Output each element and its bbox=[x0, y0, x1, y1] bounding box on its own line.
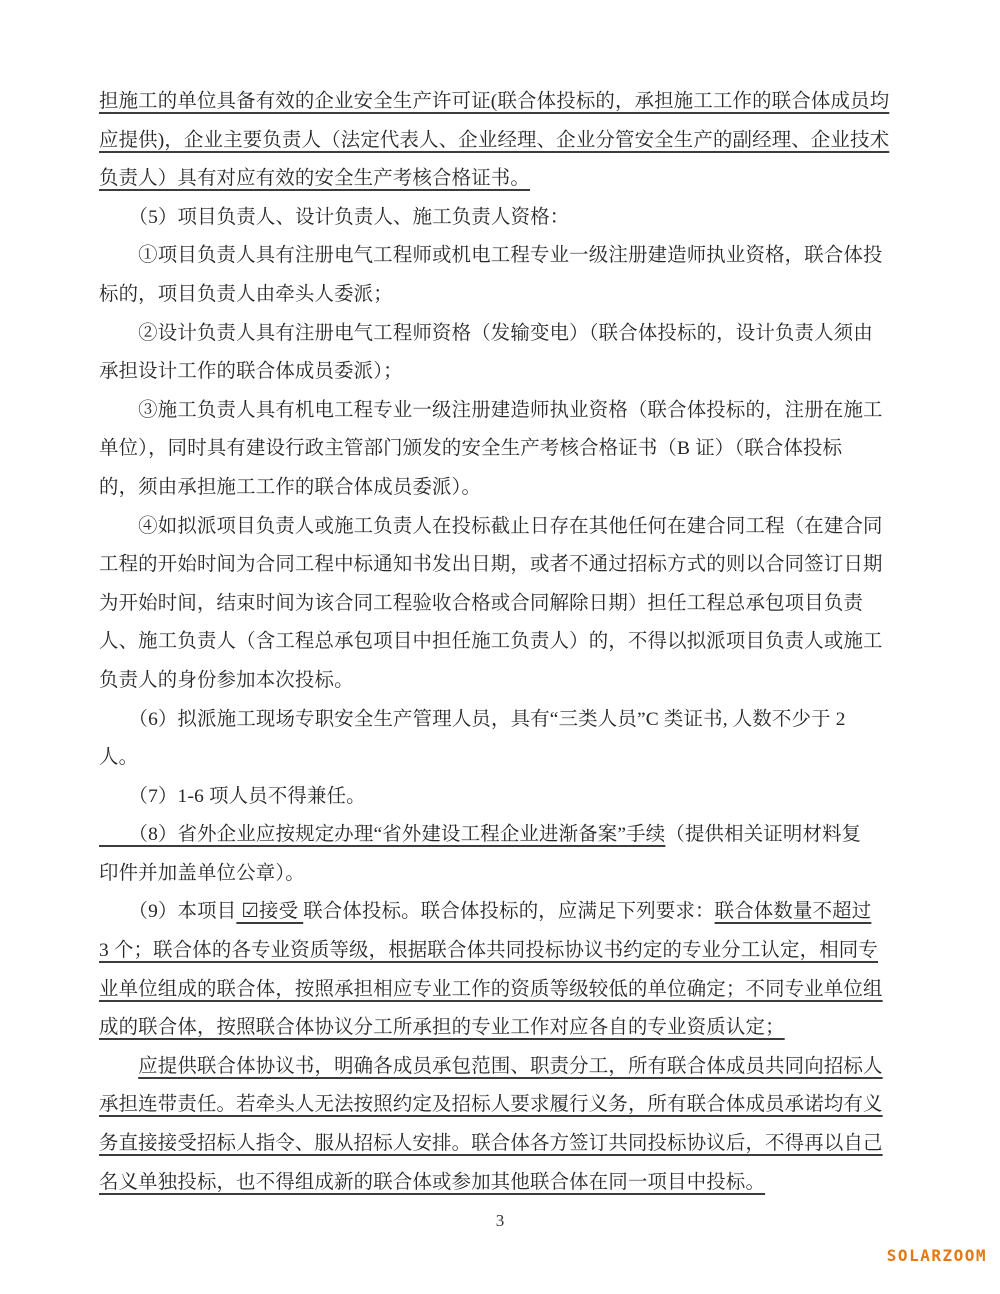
text-line: 承担设计工作的联合体成员委派）； bbox=[99, 353, 913, 392]
solarzoom-watermark: SOLARZOOM bbox=[887, 1246, 987, 1265]
text-line: 负责人的身份参加本次投标。 bbox=[99, 662, 913, 701]
text-line: 工程的开始时间为合同工程中标通知书发出日期，或者不通过招标方式的则以合同签订日期 bbox=[99, 546, 913, 585]
accept-checkbox-checked: ☑接受 bbox=[236, 901, 303, 922]
text-line: 单位），同时具有建设行政主管部门颁发的安全生产考核合格证书（B 证）（联合体投标 bbox=[99, 430, 913, 469]
text-line: ④如拟派项目负责人或施工负责人在投标截止日存在其他任何在建合同工程（在建合同 bbox=[99, 508, 913, 547]
text-segment: 成的联合体，按照联合体协议分工所承担的专业工作对应各自的专业资质认定； bbox=[99, 1017, 785, 1038]
text-line: 担施工的单位具备有效的企业安全生产许可证(联合体投标的，承担施工工作的联合体成员… bbox=[99, 83, 913, 122]
text-segment: 承担连带责任。若牵头人无法按照约定及招标人要求履行义务，所有联合体成员承诺均有义 bbox=[99, 1094, 883, 1115]
text-line: 名义单独投标，也不得组成新的联合体或参加其他联合体在同一项目中投标。 bbox=[99, 1164, 913, 1203]
text-segment: 人。 bbox=[99, 747, 138, 768]
text-line: （6）拟派施工现场专职安全生产管理人员，具有“三类人员”C 类证书, 人数不少于… bbox=[99, 701, 913, 740]
text-line: ①项目负责人具有注册电气工程师或机电工程专业一级注册建造师执业资格，联合体投 bbox=[99, 237, 913, 276]
text-segment: ①项目负责人具有注册电气工程师或机电工程专业一级注册建造师执业资格，联合体投 bbox=[99, 245, 883, 266]
text-line: 为开始时间，结束时间为该合同工程验收合格或合同解除日期）担任工程总承包项目负责 bbox=[99, 585, 913, 624]
text-segment: 务直接接受招标人指令、服从招标人安排。联合体各方签订共同投标协议后，不得再以自己 bbox=[99, 1133, 883, 1154]
text-line: ③施工负责人具有机电工程专业一级注册建造师执业资格（联合体投标的，注册在施工 bbox=[99, 392, 913, 431]
text-line: 人、施工负责人（含工程总承包项目中担任施工负责人）的，不得以拟派项目负责人或施工 bbox=[99, 623, 913, 662]
text-segment: ②设计负责人具有注册电气工程师资格（发输变电）（联合体投标的，设计负责人须由 bbox=[99, 323, 873, 344]
page-number: 3 bbox=[0, 1211, 1000, 1231]
text-line: 负责人）具有对应有效的安全生产考核合格证书。 bbox=[99, 160, 913, 199]
text-line: ②设计负责人具有注册电气工程师资格（发输变电）（联合体投标的，设计负责人须由 bbox=[99, 315, 913, 354]
text-line: 的，须由承担施工工作的联合体成员委派）。 bbox=[99, 469, 913, 508]
text-segment: 担施工的单位具备有效的企业安全生产许可证(联合体投标的，承担施工工作的联合体成员… bbox=[99, 91, 889, 112]
text-segment: 标的，项目负责人由牵头人委派； bbox=[99, 284, 393, 305]
text-line: 3 个；联合体的各专业资质等级，根据联合体共同投标协议书约定的专业分工认定，相同… bbox=[99, 932, 913, 971]
text-line: （5）项目负责人、设计负责人、施工负责人资格： bbox=[99, 199, 913, 238]
text-line: 务直接接受招标人指令、服从招标人安排。联合体各方签订共同投标协议后，不得再以自己 bbox=[99, 1125, 913, 1164]
text-segment: 人、施工负责人（含工程总承包项目中担任施工负责人）的，不得以拟派项目负责人或施工 bbox=[99, 631, 883, 652]
text-line: （8）省外企业应按规定办理“省外建设工程企业进渐备案”手续（提供相关证明材料复 bbox=[99, 816, 913, 855]
document-page: 担施工的单位具备有效的企业安全生产许可证(联合体投标的，承担施工工作的联合体成员… bbox=[0, 0, 1000, 1294]
text-segment: ③施工负责人具有机电工程专业一级注册建造师执业资格（联合体投标的，注册在施工 bbox=[99, 400, 883, 421]
text-segment: 承担设计工作的联合体成员委派）； bbox=[99, 361, 403, 382]
text-segment: 联合体投标。联合体投标的，应满足下列要求： bbox=[303, 901, 714, 922]
text-segment: （9）本项目 bbox=[99, 901, 236, 922]
text-segment: ④如拟派项目负责人或施工负责人在投标截止日存在其他任何在建合同工程（在建合同 bbox=[99, 516, 883, 537]
text-segment: 联合体数量不超过 bbox=[715, 901, 872, 922]
text-segment: 业单位组成的联合体，按照承担相应专业工作的资质等级较低的单位确定；不同专业单位组 bbox=[99, 979, 883, 1000]
text-segment: 负责人的身份参加本次投标。 bbox=[99, 670, 354, 691]
text-segment: （提供相关证明材料复 bbox=[665, 824, 861, 845]
text-segment: （6）拟派施工现场专职安全生产管理人员，具有“三类人员”C 类证书, 人数不少于… bbox=[99, 709, 846, 730]
text-segment: 工程的开始时间为合同工程中标通知书发出日期，或者不通过招标方式的则以合同签订日期 bbox=[99, 554, 883, 575]
text-segment bbox=[99, 1056, 138, 1077]
text-segment: 名义单独投标，也不得组成新的联合体或参加其他联合体在同一项目中投标。 bbox=[99, 1172, 765, 1193]
text-line: 应提供)，企业主要负责人（法定代表人、企业经理、企业分管安全生产的副经理、企业技… bbox=[99, 122, 913, 161]
text-line: 印件并加盖单位公章）。 bbox=[99, 855, 913, 894]
text-segment: （7）1-6 项人员不得兼任。 bbox=[99, 786, 366, 807]
text-line: 成的联合体，按照联合体协议分工所承担的专业工作对应各自的专业资质认定； bbox=[99, 1009, 913, 1048]
text-segment: 负责人）具有对应有效的安全生产考核合格证书。 bbox=[99, 168, 530, 189]
text-line: 承担连带责任。若牵头人无法按照约定及招标人要求履行义务，所有联合体成员承诺均有义 bbox=[99, 1086, 913, 1125]
text-segment: 应提供)，企业主要负责人（法定代表人、企业经理、企业分管安全生产的副经理、企业技… bbox=[99, 130, 889, 151]
text-segment: （8）省外企业应按规定办理“省外建设工程企业进渐备案”手续 bbox=[99, 824, 665, 845]
text-line: 人。 bbox=[99, 739, 913, 778]
text-segment: 应提供联合体协议书，明确各成员承包范围、职责分工，所有联合体成员共同向招标人 bbox=[138, 1056, 882, 1077]
text-line: 应提供联合体协议书，明确各成员承包范围、职责分工，所有联合体成员共同向招标人 bbox=[99, 1048, 913, 1087]
text-line: （9）本项目 ☑接受 联合体投标。联合体投标的，应满足下列要求：联合体数量不超过 bbox=[99, 893, 913, 932]
text-segment: 单位），同时具有建设行政主管部门颁发的安全生产考核合格证书（B 证）（联合体投标 bbox=[99, 438, 842, 459]
text-line: 业单位组成的联合体，按照承担相应专业工作的资质等级较低的单位确定；不同专业单位组 bbox=[99, 971, 913, 1010]
text-segment: 的，须由承担施工工作的联合体成员委派）。 bbox=[99, 477, 481, 498]
text-segment: 为开始时间，结束时间为该合同工程验收合格或合同解除日期）担任工程总承包项目负责 bbox=[99, 593, 863, 614]
document-body: 担施工的单位具备有效的企业安全生产许可证(联合体投标的，承担施工工作的联合体成员… bbox=[99, 83, 913, 1202]
text-segment: （5）项目负责人、设计负责人、施工负责人资格： bbox=[99, 207, 569, 228]
text-line: 标的，项目负责人由牵头人委派； bbox=[99, 276, 913, 315]
text-line: （7）1-6 项人员不得兼任。 bbox=[99, 778, 913, 817]
text-segment: 3 个；联合体的各专业资质等级，根据联合体共同投标协议书约定的专业分工认定，相同… bbox=[99, 940, 878, 961]
text-segment: 印件并加盖单位公章）。 bbox=[99, 863, 305, 884]
